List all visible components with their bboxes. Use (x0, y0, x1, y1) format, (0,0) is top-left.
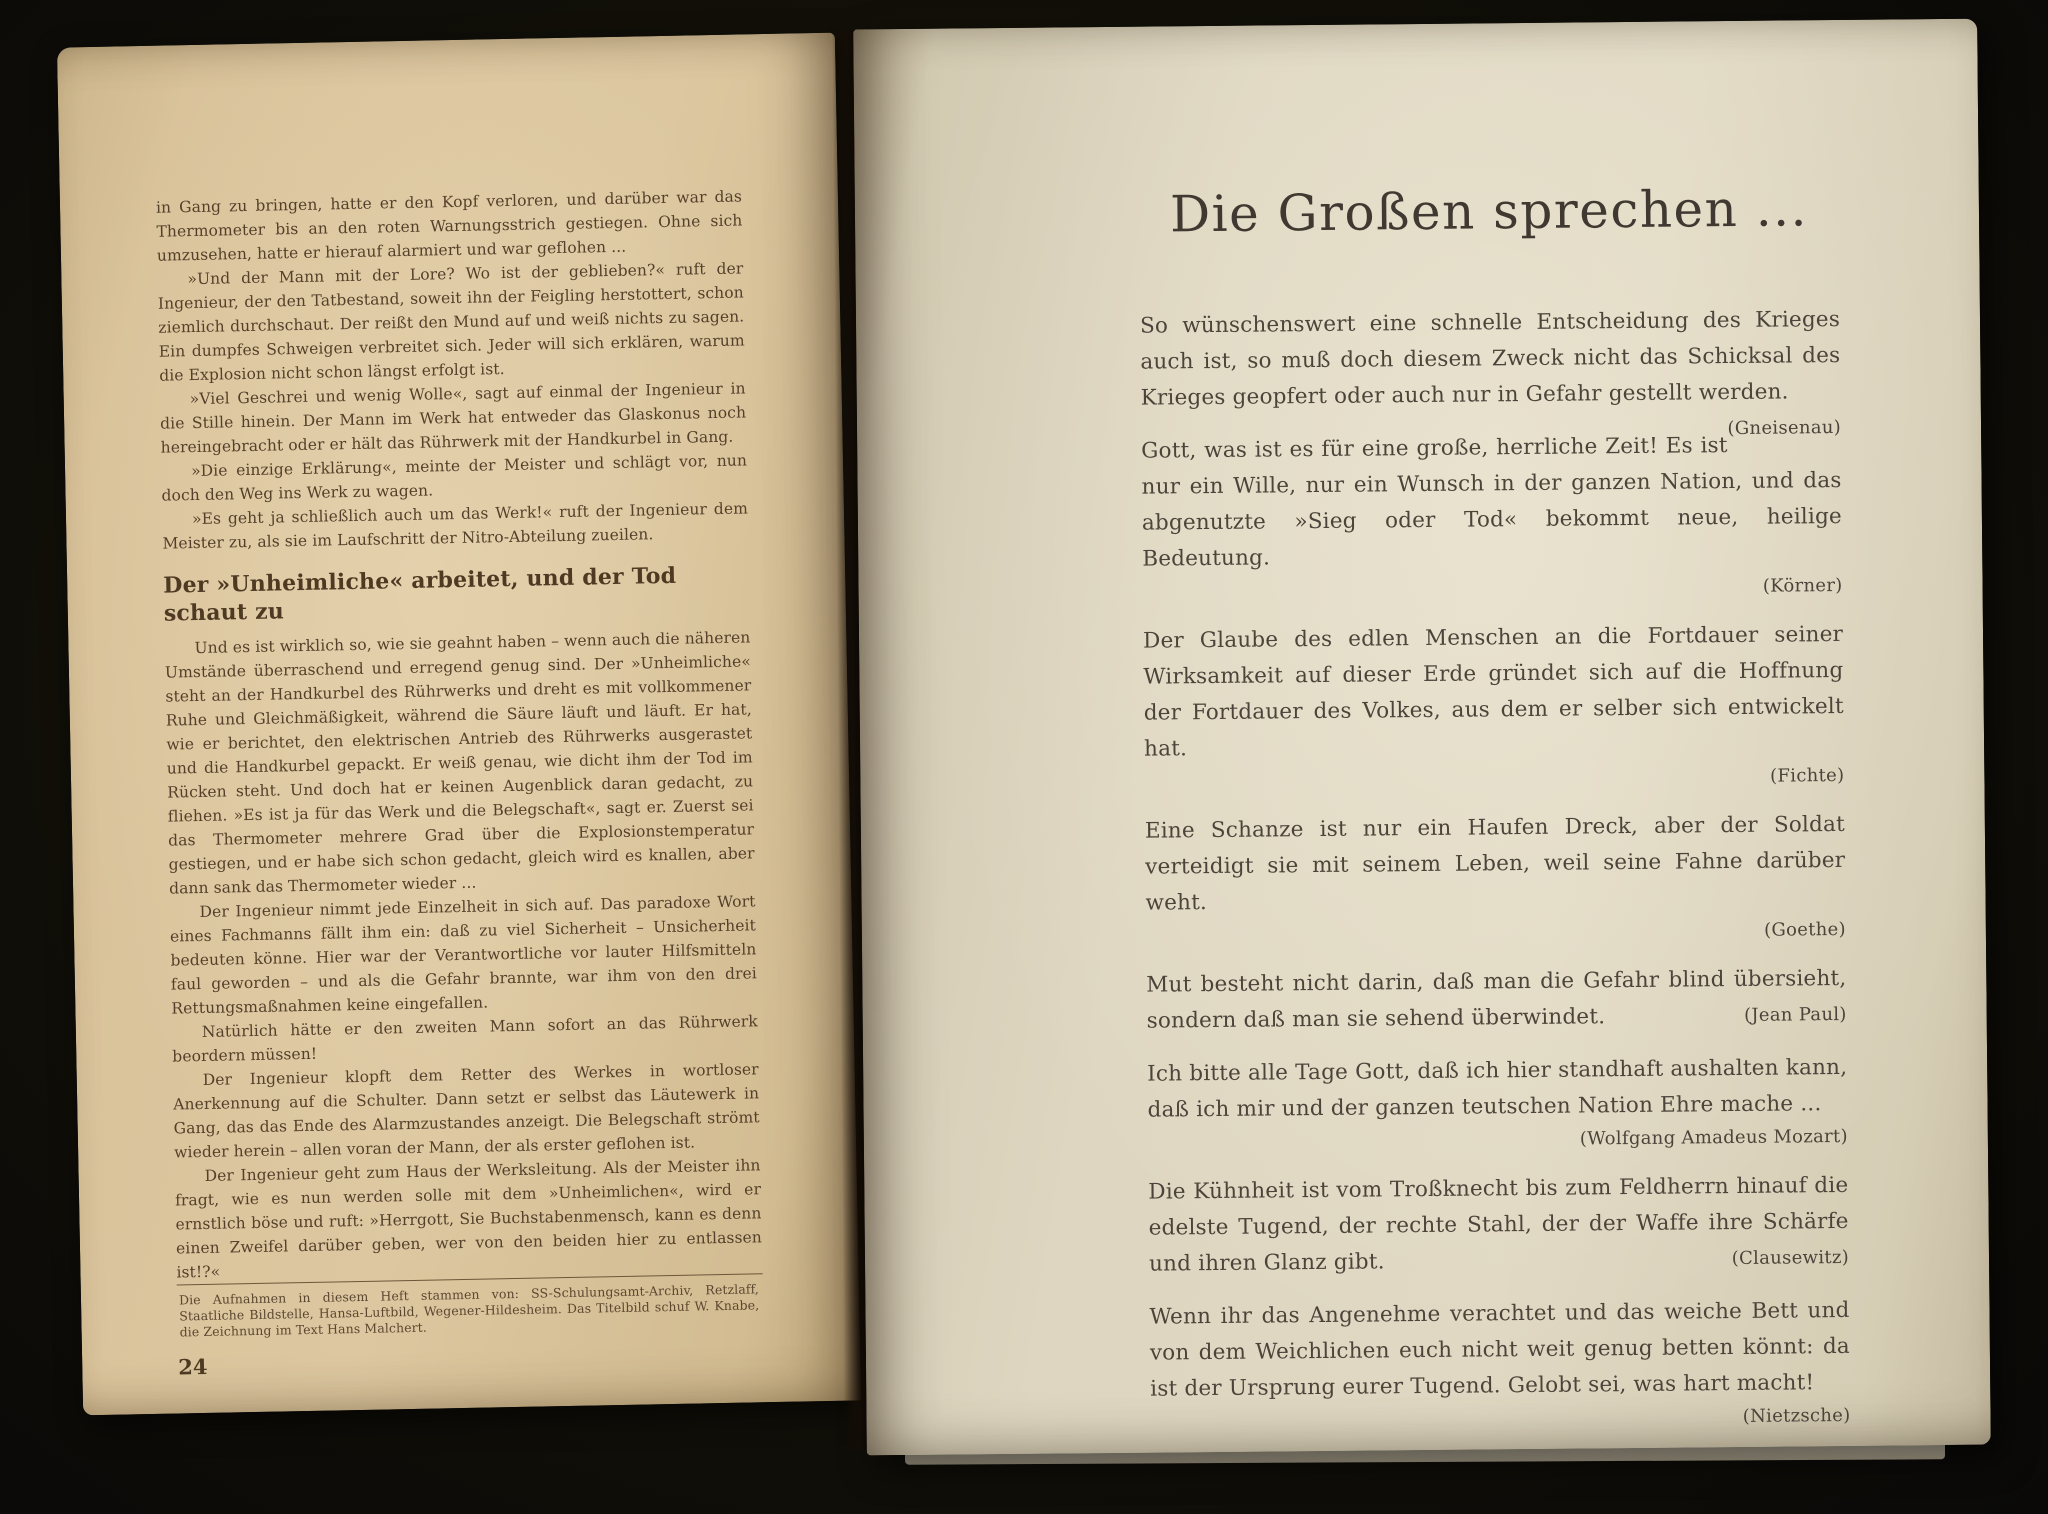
quote-text: So wünschenswert eine schnelle Entscheid… (1140, 307, 1841, 411)
quote: Mut besteht nicht darin, daß man die Gef… (1146, 961, 1847, 1040)
quote: Der Glaube des edlen Menschen an die For… (1143, 617, 1845, 797)
paragraph: in Gang zu bringen, hatte er den Kopf ve… (156, 184, 743, 267)
footnote-section: Die Aufnahmen in diesem Heft stammen von… (177, 1273, 765, 1379)
paragraph: »Viel Geschrei und wenig Wolle«, sagt au… (159, 376, 746, 459)
quote-attribution: (Nietzsche) (1150, 1402, 1850, 1437)
quote: Eine Schanze ist nur ein Haufen Dreck, a… (1145, 807, 1846, 951)
quote-text: Eine Schanze ist nur ein Haufen Dreck, a… (1145, 812, 1846, 916)
quote-attribution: (Jean Paul) (1744, 997, 1847, 1034)
paragraph: Und es ist wirklich so, wie sie geahnt h… (164, 625, 755, 900)
book-spread: in Gang zu bringen, hatte er den Kopf ve… (0, 0, 2048, 1514)
quote: Die Kühnheit ist vom Troßknecht bis zum … (1148, 1168, 1849, 1283)
quote-attribution: (Fichte) (1144, 762, 1844, 797)
quote: Wenn ihr das Angenehme verachtet und das… (1149, 1293, 1850, 1437)
quote-attribution: (Goethe) (1146, 916, 1846, 951)
quote-text: Gott, was ist es für eine große, herrlic… (1141, 433, 1842, 572)
quote: So wünschenswert eine schnelle Entscheid… (1140, 302, 1841, 417)
quote: Gott, was ist es für eine große, herrlic… (1141, 427, 1843, 607)
page-title: Die Großen sprechen ... (1139, 178, 1840, 245)
left-page: in Gang zu bringen, hatte er den Kopf ve… (57, 33, 861, 1416)
paragraph: »Es geht ja schließlich auch um das Werk… (162, 496, 749, 555)
quote-attribution: (Wolfgang Amadeus Mozart) (1148, 1123, 1848, 1158)
paragraph: Der Ingenieur geht zum Haus der Werkslei… (174, 1153, 762, 1284)
quote-text: Wenn ihr das Angenehme verachtet und das… (1149, 1298, 1850, 1402)
page-number: 24 (178, 1343, 764, 1379)
quote-text: Ich bitte alle Tage Gott, daß ich hier s… (1147, 1055, 1847, 1123)
quote-attribution: (Gneisenau) (1727, 410, 1841, 447)
paragraph: »Und der Mann mit der Lore? Wo ist der g… (157, 256, 745, 387)
quote-text: Der Glaube des edlen Menschen an die For… (1143, 622, 1844, 762)
quote-text: Mut besteht nicht darin, daß man die Gef… (1146, 966, 1846, 1034)
paragraph: Der Ingenieur nimmt jede Einzelheit in s… (169, 889, 757, 1020)
quote-attribution: (Körner) (1142, 572, 1842, 607)
section-heading: Der »Unheimliche« arbeitet, und der Tod … (163, 560, 750, 627)
credits-footnote: Die Aufnahmen in diesem Heft stammen von… (177, 1281, 764, 1340)
right-page: Die Großen sprechen ... So wünschenswert… (853, 19, 1991, 1456)
paragraph: Der Ingenieur klopft dem Retter des Werk… (173, 1057, 761, 1164)
quote: Ich bitte alle Tage Gott, daß ich hier s… (1147, 1050, 1848, 1158)
quote-attribution: (Clausewitz) (1732, 1240, 1850, 1277)
